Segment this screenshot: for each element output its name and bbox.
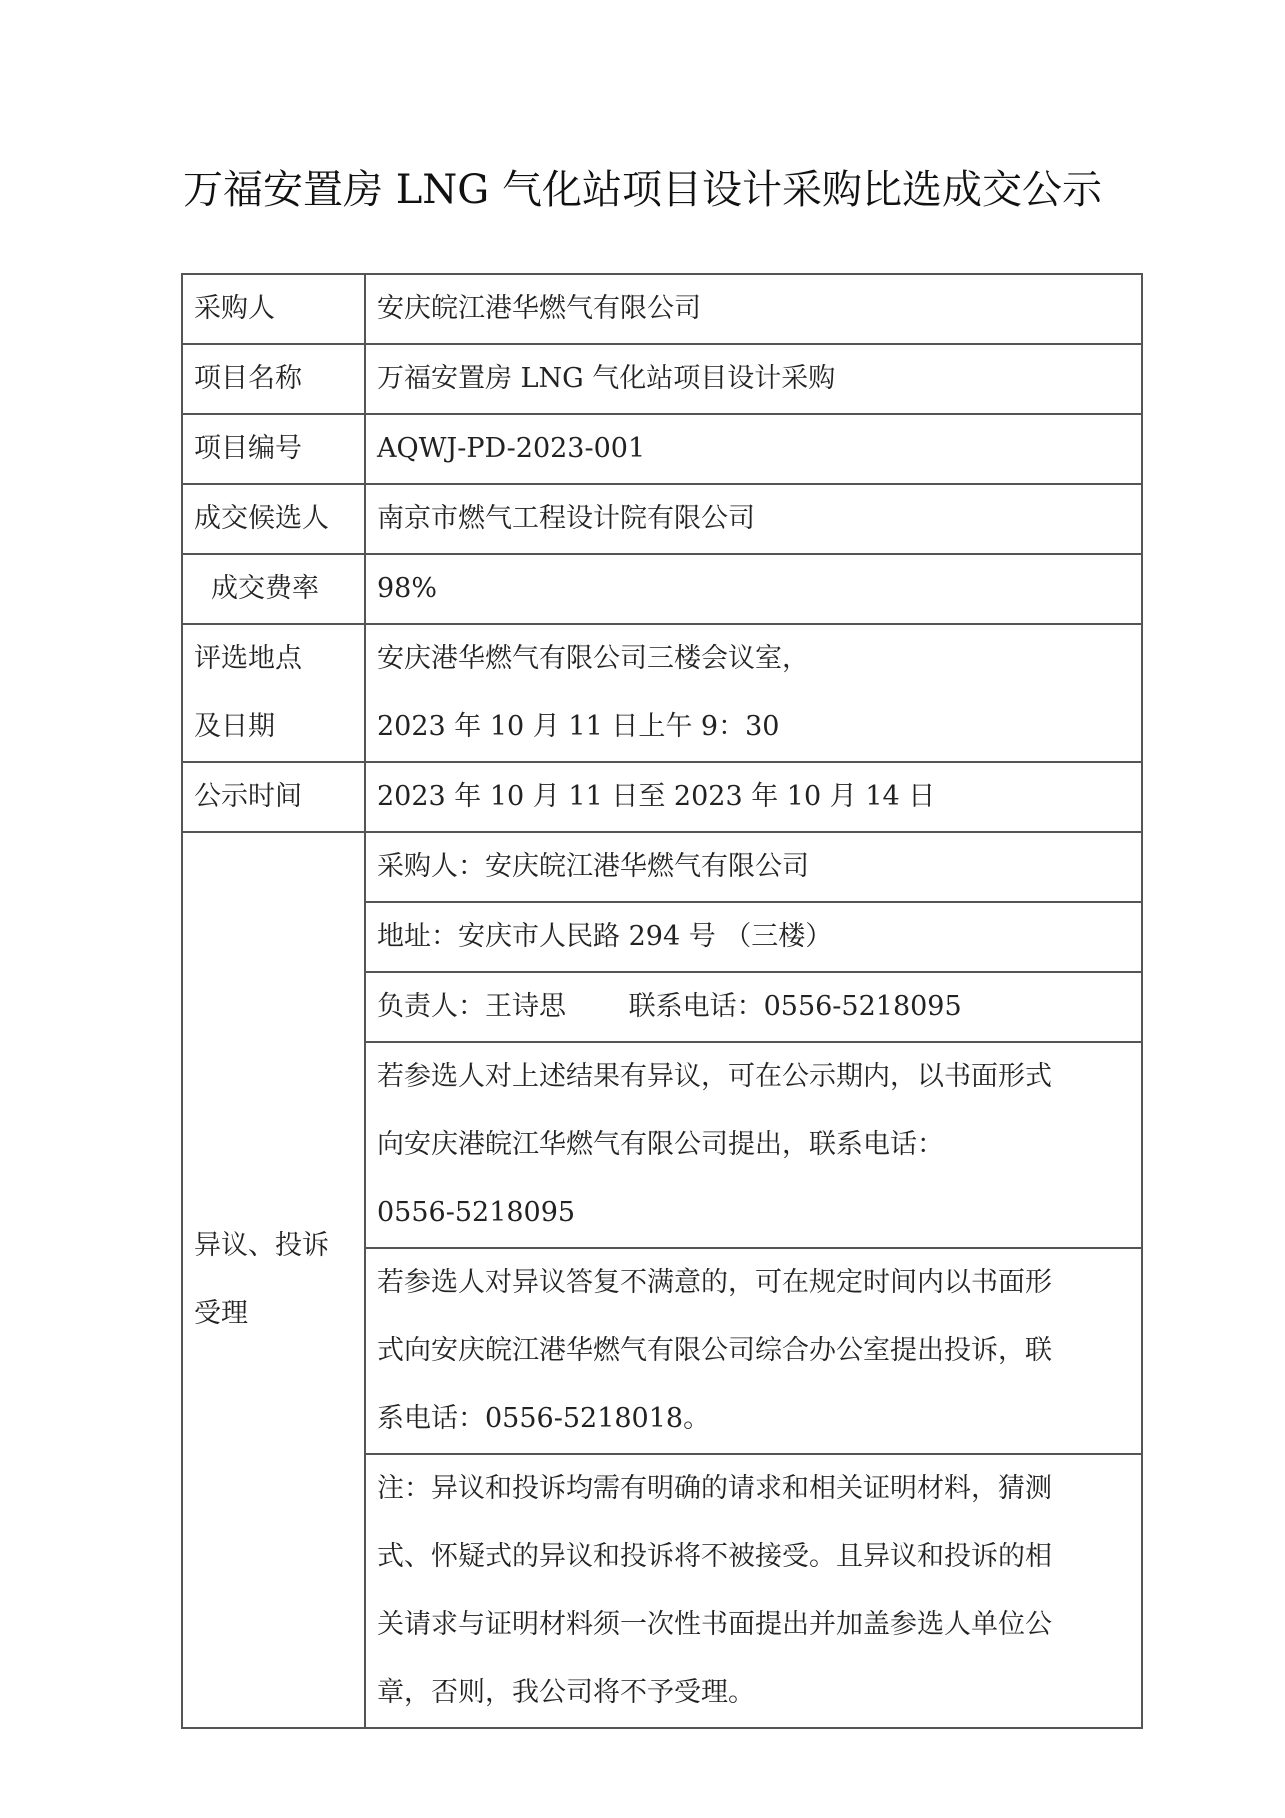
objection-paragraph-line1: 若参选人对上述结果有异议，可在公示期内，以书面形式 <box>377 1043 1131 1111</box>
value-evaluation-date: 2023 年 10 月 11 日上午 9：30 <box>377 693 1131 761</box>
note-paragraph: 注：异议和投诉均需有明确的请求和相关证明材料，猜测 式、怀疑式的异议和投诉将不被… <box>365 1454 1142 1728</box>
row-project-number: 项目编号 AQWJ-PD-2023-001 <box>182 414 1142 484</box>
label-evaluation: 评选地点 及日期 <box>182 624 365 762</box>
note-paragraph-line1: 注：异议和投诉均需有明确的请求和相关证明材料，猜测 <box>377 1455 1131 1523</box>
value-objection-purchaser: 采购人：安庆皖江港华燃气有限公司 <box>365 832 1142 902</box>
notice-table: 采购人 安庆皖江港华燃气有限公司 项目名称 万福安置房 LNG 气化站项目设计采… <box>181 273 1143 1729</box>
objection-paragraph-line3: 0556-5218095 <box>377 1179 1131 1247</box>
row-project-name: 项目名称 万福安置房 LNG 气化站项目设计采购 <box>182 344 1142 414</box>
complaint-paragraph-line3: 系电话：0556-5218018。 <box>377 1385 1131 1453</box>
label-purchaser: 采购人 <box>182 274 365 344</box>
complaint-paragraph-line1: 若参选人对异议答复不满意的，可在规定时间内以书面形 <box>377 1249 1131 1317</box>
value-evaluation: 安庆港华燃气有限公司三楼会议室， 2023 年 10 月 11 日上午 9：30 <box>365 624 1142 762</box>
label-winning-candidate: 成交候选人 <box>182 484 365 554</box>
value-fee-rate: 98% <box>365 554 1142 624</box>
label-objection-line2: 受理 <box>194 1280 354 1348</box>
label-project-number: 项目编号 <box>182 414 365 484</box>
row-fee-rate: 成交费率 98% <box>182 554 1142 624</box>
row-evaluation: 评选地点 及日期 安庆港华燃气有限公司三楼会议室， 2023 年 10 月 11… <box>182 624 1142 762</box>
label-evaluation-line2: 及日期 <box>194 693 354 761</box>
note-paragraph-line2: 式、怀疑式的异议和投诉将不被接受。且异议和投诉的相 <box>377 1523 1131 1591</box>
note-paragraph-line3: 关请求与证明材料须一次性书面提出并加盖参选人单位公 <box>377 1591 1131 1659</box>
value-purchaser: 安庆皖江港华燃气有限公司 <box>365 274 1142 344</box>
complaint-paragraph-line2: 式向安庆皖江港华燃气有限公司综合办公室提出投诉，联 <box>377 1317 1131 1385</box>
complaint-paragraph: 若参选人对异议答复不满意的，可在规定时间内以书面形 式向安庆皖江港华燃气有限公司… <box>365 1248 1142 1454</box>
value-project-number: AQWJ-PD-2023-001 <box>365 414 1142 484</box>
note-paragraph-line4: 章，否则，我公司将不予受理。 <box>377 1659 1131 1727</box>
row-purchaser: 采购人 安庆皖江港华燃气有限公司 <box>182 274 1142 344</box>
row-publicity-period: 公示时间 2023 年 10 月 11 日至 2023 年 10 月 14 日 <box>182 762 1142 832</box>
label-publicity-period: 公示时间 <box>182 762 365 832</box>
label-fee-rate: 成交费率 <box>182 554 365 624</box>
row-objection-purchaser: 异议、投诉 受理 采购人：安庆皖江港华燃气有限公司 <box>182 832 1142 902</box>
value-project-name: 万福安置房 LNG 气化站项目设计采购 <box>365 344 1142 414</box>
value-publicity-period: 2023 年 10 月 11 日至 2023 年 10 月 14 日 <box>365 762 1142 832</box>
label-objection-line1: 异议、投诉 <box>194 1212 354 1280</box>
label-project-name: 项目名称 <box>182 344 365 414</box>
value-objection-address: 地址：安庆市人民路 294 号 （三楼） <box>365 902 1142 972</box>
objection-paragraph-line2: 向安庆港皖江华燃气有限公司提出，联系电话： <box>377 1111 1131 1179</box>
objection-paragraph: 若参选人对上述结果有异议，可在公示期内，以书面形式 向安庆港皖江华燃气有限公司提… <box>365 1042 1142 1248</box>
value-winning-candidate: 南京市燃气工程设计院有限公司 <box>365 484 1142 554</box>
document-title: 万福安置房 LNG 气化站项目设计采购比选成交公示 <box>0 162 1285 218</box>
row-winning-candidate: 成交候选人 南京市燃气工程设计院有限公司 <box>182 484 1142 554</box>
value-objection-contact: 负责人：王诗思 联系电话：0556-5218095 <box>365 972 1142 1042</box>
label-evaluation-line1: 评选地点 <box>194 625 354 693</box>
value-evaluation-location: 安庆港华燃气有限公司三楼会议室， <box>377 625 1131 693</box>
label-objection: 异议、投诉 受理 <box>182 832 365 1728</box>
